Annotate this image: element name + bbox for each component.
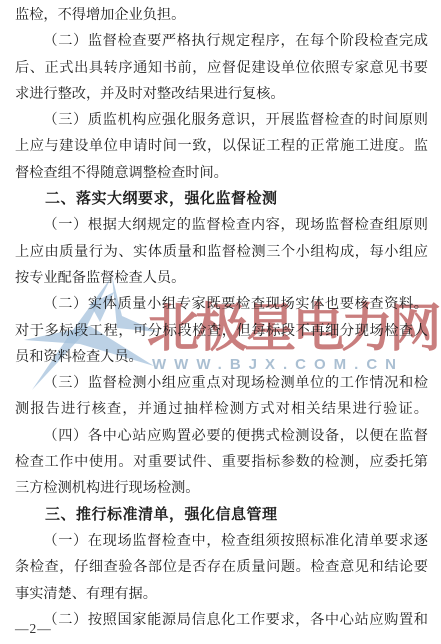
document-body: 监检，不得增加企业负担。（二）监督检查要严格执行规定程序，在每个阶段检查完成后、… <box>15 2 428 633</box>
text-line: 事实清楚、有理有据。 <box>15 581 428 607</box>
text-line: 条检查，仔细查验各部位是否存在质量问题。检查意见和结论要 <box>15 554 428 580</box>
section-heading: 三、推行标准清单，强化信息管理 <box>15 502 428 528</box>
text-line: （二）实体质量小组专家既要检查现场实体也要核查资料。 <box>15 291 428 317</box>
document-page: 北极星电力网 WWW.BJX.COM.CN 监检，不得增加企业负担。（二）监督检… <box>0 0 441 644</box>
section-heading: 二、落实大纲要求，强化监督检测 <box>15 186 428 212</box>
text-line: 测报告进行核查，并通过抽样检测方式对相关结果进行验证。 <box>15 396 428 422</box>
text-line: 督检查组不得随意调整检查时间。 <box>15 160 428 186</box>
text-line: 求进行整改，并及时对整改结果进行复核。 <box>15 81 428 107</box>
text-line: （四）各中心站应购置必要的便携式检测设备，以便在监督 <box>15 423 428 449</box>
text-line: （一）根据大纲规定的监督检查内容，现场监督检查组原则 <box>15 212 428 238</box>
text-line: （一）在现场监督检查中，检查组须按照标准化清单要求逐 <box>15 528 428 554</box>
text-line: 上应与建设单位申请时间一致，以保证工程的正常施工进度。监 <box>15 133 428 159</box>
text-line: （二）监督检查要严格执行规定程序，在每个阶段检查完成 <box>15 28 428 54</box>
text-line: （三）监督检测小组应重点对现场检测单位的工作情况和检 <box>15 370 428 396</box>
text-line: 按专业配备监督检查人员。 <box>15 265 428 291</box>
text-line: 员和资料检查人员。 <box>15 344 428 370</box>
text-line: （二）按照国家能源局信息化工作要求，各中心站应购置和 <box>15 607 428 633</box>
text-line: 监检，不得增加企业负担。 <box>15 2 428 28</box>
text-line: 后、正式出具转序通知书前，应督促建设单位依照专家意见书要 <box>15 55 428 81</box>
text-line: 对于多标段工程，可分标段检查，但每标段不再细分现场检查人 <box>15 318 428 344</box>
page-number: —2— <box>15 620 52 638</box>
text-line: 检查工作中使用。对重要试件、重要指标参数的检测，应委托第 <box>15 449 428 475</box>
text-line: （三）质监机构应强化服务意识，开展监督检查的时间原则 <box>15 107 428 133</box>
text-line: 上应由质量行为、实体质量和监督检测三个小组构成，每小组应 <box>15 239 428 265</box>
text-line: 三方检测机构进行现场检测。 <box>15 475 428 501</box>
